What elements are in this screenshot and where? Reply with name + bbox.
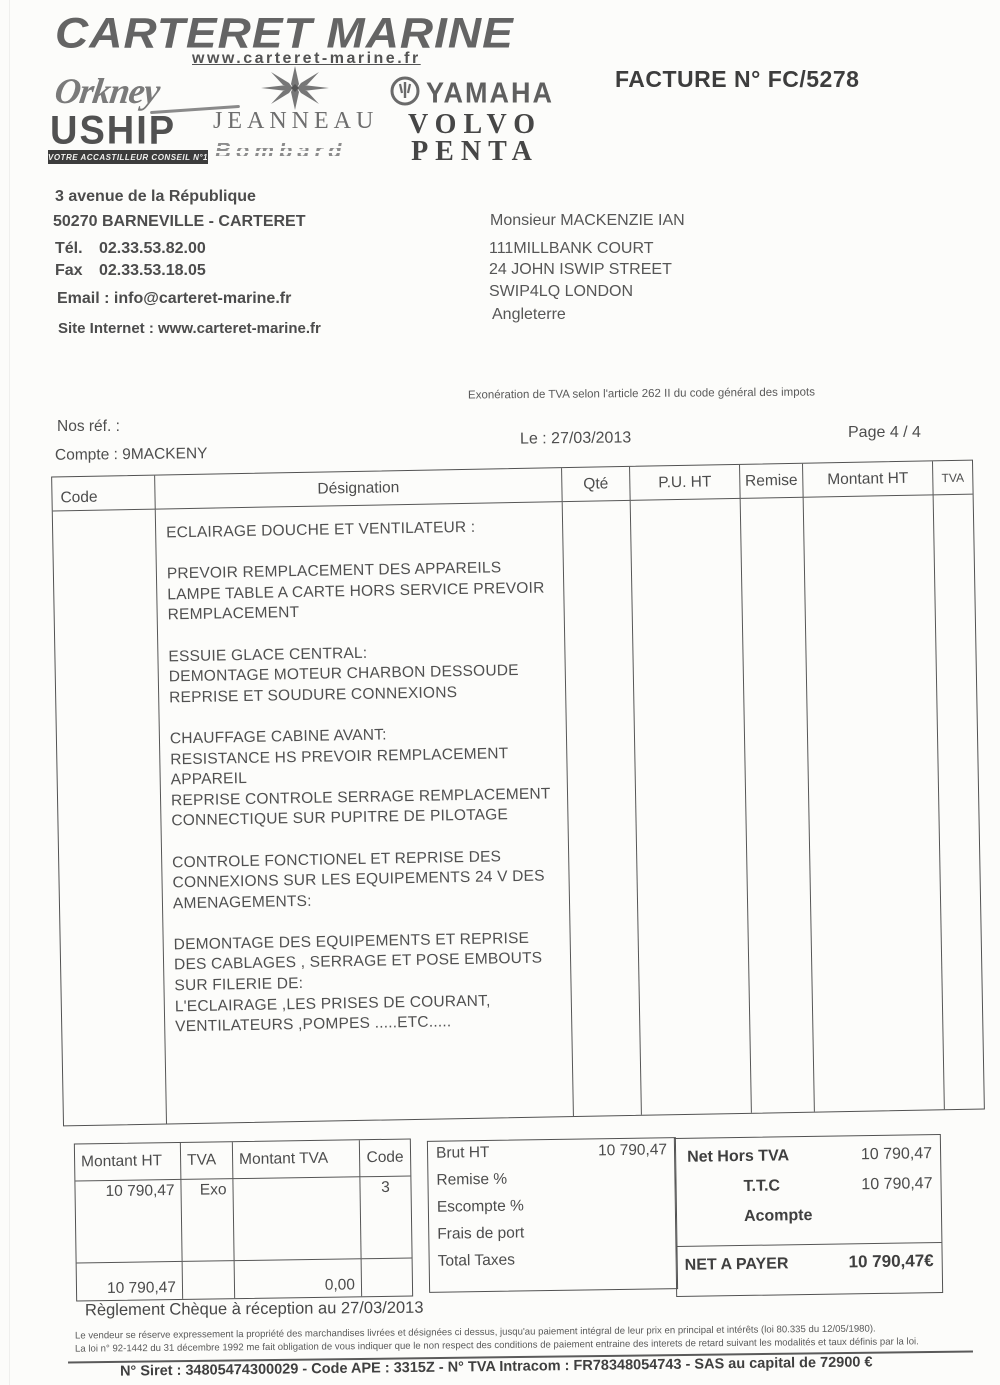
totals-row-total-taxes: Total Taxes [430, 1246, 677, 1277]
invoice-date: Le : 27/03/2013 [520, 429, 631, 448]
orkney-logo: Orkney [52, 70, 162, 112]
discount-cell [741, 498, 815, 1113]
ttc-value: 10 790,47 [861, 1175, 932, 1194]
company-address-line2: 50270 BARNEVILLE - CARTERET [53, 213, 306, 231]
siret-line: N° Siret : 34805474300029 - Code APE : 3… [120, 1354, 873, 1379]
yamaha-logo: YAMAHA [390, 76, 554, 111]
designation-cell: ECLAIRAGE DOUCHE ET VENTILATEUR : PREVOI… [156, 502, 574, 1123]
total-taxes-label: Total Taxes [438, 1252, 516, 1270]
tax-total-montant-ht: 10 790,47 [77, 1261, 184, 1301]
invoice-number-title: FACTURE N° FC/5278 [615, 66, 859, 93]
tax-header-code: Code [360, 1140, 411, 1178]
yamaha-wordmark: YAMAHA [426, 77, 554, 110]
ttc-row: T.T.C 10 790,47 [675, 1173, 940, 1207]
fax-value: 02.33.53.18.05 [99, 262, 206, 279]
tva-exoneration-note: Exonération de TVA selon l'article 262 I… [468, 386, 815, 401]
tax-row-montant-tva [233, 1177, 361, 1260]
frais-de-port-label: Frais de port [437, 1224, 524, 1242]
customer-address3: SWIP4LQ LONDON [489, 283, 633, 301]
code-cell [53, 510, 167, 1126]
net-a-payer-label: NET A PAYER [685, 1255, 789, 1275]
phone-value: 02.33.53.82.00 [99, 240, 206, 257]
company-address-line1: 3 avenue de la République [55, 188, 256, 206]
company-email: Email : info@carteret-marine.fr [57, 290, 291, 308]
tax-recap-table: Montant HT TVA Montant TVA Code 10 790,4… [74, 1139, 413, 1302]
uship-tagline-banner: VOTRE ACCASTILLEUR CONSEIL N°1 [48, 150, 208, 164]
escompte-label: Escompte % [437, 1197, 524, 1215]
col-header-code: Code [52, 476, 156, 512]
uship-logo: USHIP [50, 111, 176, 151]
fax-label: Fax [55, 262, 99, 280]
net-hors-tva-value: 10 790,47 [861, 1145, 932, 1164]
totals-row-frais-de-port: Frais de port [429, 1219, 676, 1250]
totals-row-brut-ht: Brut HT 10 790,47 [428, 1138, 675, 1169]
tax-header-montant-ht: Montant HT [75, 1143, 182, 1182]
company-fax: Fax02.33.53.18.05 [55, 262, 206, 280]
tax-header-montant-tva: Montant TVA [233, 1140, 361, 1179]
customer-name: Monsieur MACKENZIE IAN [490, 212, 685, 230]
ttc-label: T.T.C [743, 1177, 780, 1196]
brut-ht-value: 10 790,47 [598, 1141, 667, 1160]
volvo-line: VOLVO [408, 112, 542, 139]
customer-country: Angleterre [492, 306, 566, 324]
net-hors-tva-label: Net Hors TVA [687, 1147, 789, 1167]
tax-row-code: 3 [360, 1177, 411, 1259]
qty-cell [563, 501, 642, 1116]
tax-header-tva: TVA [181, 1142, 234, 1180]
amount-cell [804, 495, 945, 1111]
net-hors-tva-row: Net Hors TVA 10 790,47 [675, 1143, 940, 1177]
company-website-line: Site Internet : www.carteret-marine.fr [58, 320, 321, 337]
tax-total-montant-tva: 0,00 [235, 1258, 363, 1298]
tax-total-tva [183, 1260, 236, 1299]
scan-edge-artifact [9, 0, 10, 1385]
bombard-logo: Bombard [215, 138, 347, 164]
customer-address1: 111MILLBANK COURT [489, 240, 654, 258]
net-a-payer-value: 10 790,47€ [848, 1251, 933, 1272]
customer-address2: 24 JOHN ISWIP STREET [489, 261, 672, 279]
totals-box: Brut HT 10 790,47 Remise % Escompte % Fr… [427, 1137, 678, 1293]
net-a-payer-row: NET A PAYER 10 790,47€ [676, 1243, 942, 1299]
col-header-tva: TVA [933, 461, 973, 496]
col-header-remise: Remise [740, 464, 804, 499]
net-box-upper: Net Hors TVA 10 790,47 T.T.C 10 790,47 A… [675, 1135, 942, 1247]
items-table: Code Désignation Qté P.U. HT Remise Mont… [51, 460, 985, 1127]
remise-label: Remise % [436, 1171, 507, 1189]
totals-row-escompte: Escompte % [429, 1192, 676, 1223]
col-header-qte: Qté [562, 467, 631, 502]
brut-ht-label: Brut HT [436, 1144, 490, 1162]
acompte-label: Acompte [744, 1207, 813, 1226]
our-reference-label: Nos réf. : [57, 418, 120, 436]
acompte-row: Acompte [676, 1203, 941, 1237]
jeanneau-logo: JEANNEAU [213, 108, 378, 135]
col-header-montant-ht: Montant HT [803, 461, 934, 497]
uship-tagline: VOTRE ACCASTILLEUR CONSEIL N°1 [48, 153, 208, 162]
company-phone: Tél.02.33.53.82.00 [55, 240, 206, 258]
totals-row-remise: Remise % [428, 1165, 675, 1196]
volvo-penta-logo: VOLVO PENTA [408, 112, 542, 165]
net-box: Net Hors TVA 10 790,47 T.T.C 10 790,47 A… [674, 1134, 943, 1297]
invoice-page: CARTERET MARINE www.carteret-marine.fr O… [0, 0, 1000, 1385]
col-header-pu-ht: P.U. HT [630, 465, 741, 501]
payment-terms-line: Règlement Chèque à réception au 27/03/20… [85, 1299, 424, 1321]
tax-row-montant-ht: 10 790,47 [75, 1180, 182, 1263]
penta-line: PENTA [408, 139, 542, 166]
account-line: Compte : 9MACKENY [55, 445, 208, 465]
phone-label: Tél. [55, 240, 99, 258]
page-number: Page 4 / 4 [848, 424, 921, 442]
yamaha-tuningfork-icon [390, 76, 420, 111]
unit-price-cell [631, 499, 752, 1115]
tax-total-code [362, 1258, 413, 1297]
tax-row-tva: Exo [181, 1179, 234, 1261]
